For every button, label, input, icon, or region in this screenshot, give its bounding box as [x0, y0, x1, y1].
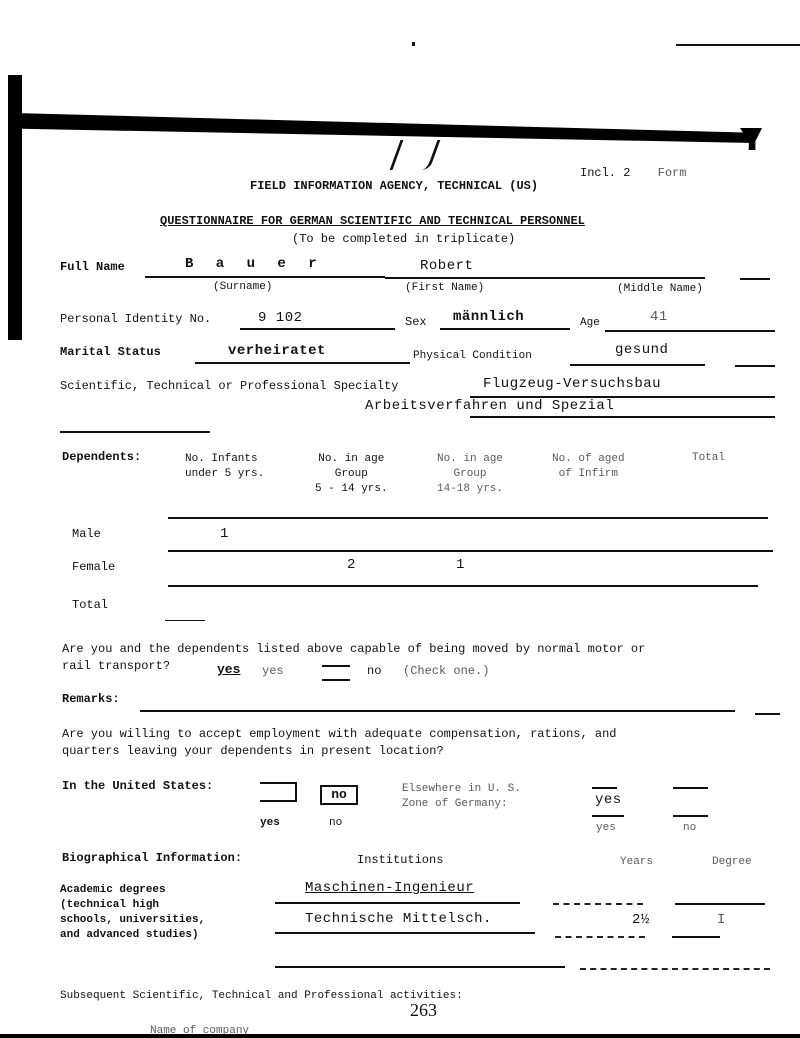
degree-2-field[interactable]: I	[717, 912, 726, 928]
institution-1-field[interactable]: Maschinen-Ingenieur	[305, 880, 474, 896]
physical-underline	[570, 364, 705, 366]
us-label: In the United States:	[62, 779, 213, 793]
female-14-18-cell[interactable]: 1	[456, 557, 465, 573]
page-number: 263	[410, 1000, 437, 1021]
specialty-field-line2[interactable]: Arbeitsverfahren und Spezial	[365, 398, 614, 414]
first-name-field[interactable]: Robert	[420, 258, 473, 274]
col-header-line: No. of aged	[552, 452, 625, 467]
first-name-underline	[385, 277, 705, 279]
surname-underline	[145, 276, 385, 278]
age-underline	[605, 330, 775, 332]
col-header-line: No. in age	[315, 452, 388, 467]
elsewhere-no-caption: no	[683, 822, 696, 834]
col-header-line: No. in age	[437, 452, 503, 467]
female-5-14-cell[interactable]: 2	[347, 557, 356, 573]
sex-label: Sex	[405, 315, 427, 329]
col-header-line: 5 - 14 yrs.	[315, 482, 388, 497]
transport-question-line2: rail transport?	[62, 659, 170, 673]
transport-instruction: (Check one.)	[403, 664, 489, 678]
col-header-line: Group	[315, 467, 388, 482]
employment-question-line1: Are you willing to accept employment wit…	[62, 727, 617, 741]
middle-name-underline	[740, 278, 770, 280]
row-label-total: Total	[72, 598, 108, 612]
elsewhere-label-line: Zone of Germany:	[402, 797, 521, 812]
years-2-field[interactable]: 2½	[632, 912, 650, 928]
identity-field[interactable]: 9 102	[258, 310, 303, 326]
dependents-rule-1	[168, 517, 768, 519]
degrees-label-line: Academic degrees	[60, 883, 205, 898]
years-header: Years	[620, 856, 653, 868]
form-reference: Incl. 2 Form	[580, 166, 686, 180]
institution-3-field[interactable]	[275, 966, 565, 968]
elsewhere-yes-caption: yes	[596, 822, 616, 834]
dependents-col-total: Total	[692, 452, 725, 464]
elsewhere-label: Elsewhere in U. S. Zone of Germany:	[402, 782, 521, 812]
institution-1-underline	[275, 902, 520, 904]
institution-2-field[interactable]: Technische Mittelsch.	[305, 911, 492, 927]
dependents-rule-4	[165, 620, 205, 621]
age-label: Age	[580, 317, 600, 329]
years-2-underline	[555, 936, 645, 938]
identity-label: Personal Identity No.	[60, 312, 211, 326]
scan-artifact-rule	[676, 44, 800, 46]
dependents-col-aged: No. of aged of Infirm	[552, 452, 625, 482]
physical-condition-field[interactable]: gesund	[615, 342, 668, 358]
dependents-col-infants: No. Infants under 5 yrs.	[185, 452, 264, 482]
dependents-rule-3	[168, 585, 758, 587]
institution-3-underline-tail	[580, 968, 770, 970]
specialty-underline-3	[60, 431, 210, 433]
specialty-label: Scientific, Technical or Professional Sp…	[60, 379, 398, 393]
degree-2-underline	[672, 936, 720, 938]
us-yes-checkbox[interactable]	[260, 782, 297, 802]
transport-no-checkbox[interactable]	[322, 665, 350, 681]
elsewhere-label-line: Elsewhere in U. S.	[402, 782, 521, 797]
marital-status-label: Marital Status	[60, 345, 161, 359]
remarks-label: Remarks:	[62, 692, 120, 706]
col-header-line: Group	[437, 467, 503, 482]
dependents-col-5-14: No. in age Group 5 - 14 yrs.	[315, 452, 388, 497]
transport-question-line1: Are you and the dependents listed above …	[62, 642, 645, 656]
biographical-label: Biographical Information:	[62, 851, 242, 865]
employment-question-line2: quarters leaving your dependents in pres…	[62, 744, 444, 758]
elsewhere-no-field[interactable]	[673, 815, 708, 817]
academic-degrees-label: Academic degrees (technical high schools…	[60, 883, 205, 943]
specialty-underline-2	[470, 416, 775, 418]
first-name-caption: (First Name)	[405, 282, 484, 294]
male-infants-cell[interactable]: 1	[220, 526, 229, 542]
marital-status-field[interactable]: verheiratet	[228, 343, 326, 359]
transport-yes-label: yes	[262, 664, 284, 678]
middle-name-caption: (Middle Name)	[617, 283, 703, 295]
transport-no-label: no	[367, 664, 381, 678]
col-header-line: No. Infants	[185, 452, 264, 467]
dependents-label: Dependents:	[62, 450, 141, 464]
institution-2-underline	[275, 932, 535, 934]
remarks-field[interactable]	[140, 710, 735, 712]
form-label: Form	[658, 166, 687, 180]
elsewhere-no-top-rule	[673, 787, 708, 789]
degree-1-underline	[675, 903, 765, 905]
elsewhere-yes-field[interactable]: yes	[595, 792, 622, 808]
us-no-checkbox[interactable]: no	[320, 785, 358, 805]
age-field[interactable]: 41	[650, 309, 668, 325]
sex-underline	[440, 328, 570, 330]
degree-header: Degree	[712, 856, 752, 868]
surname-caption: (Surname)	[213, 281, 272, 293]
physical-underline-tail	[735, 365, 775, 367]
us-yes-caption: yes	[260, 817, 280, 829]
physical-condition-label: Physical Condition	[413, 350, 532, 362]
col-header-line: under 5 yrs.	[185, 467, 264, 482]
remarks-underline-tail	[755, 713, 780, 715]
sex-field[interactable]: männlich	[453, 309, 524, 325]
degrees-label-line: and advanced studies)	[60, 928, 205, 943]
surname-field[interactable]: B a u e r	[185, 256, 324, 272]
col-header-line: of Infirm	[552, 467, 625, 482]
scan-bottom-edge	[0, 1034, 800, 1038]
dependents-rule-2	[168, 550, 773, 552]
degrees-label-line: schools, universities,	[60, 913, 205, 928]
dependents-col-14-18: No. in age Group 14-18 yrs.	[437, 452, 503, 497]
identity-underline	[240, 328, 395, 330]
row-label-male: Male	[72, 527, 101, 541]
row-label-female: Female	[72, 560, 115, 574]
elsewhere-yes-bottom-rule	[592, 815, 624, 817]
col-header-line: 14-18 yrs.	[437, 482, 503, 497]
incl-label: Incl. 2	[580, 166, 630, 180]
form-title: QUESTIONNAIRE FOR GERMAN SCIENTIFIC AND …	[160, 214, 585, 228]
agency-name: FIELD INFORMATION AGENCY, TECHNICAL (US)	[250, 179, 538, 193]
scan-binding-edge	[10, 140, 14, 340]
marital-underline	[195, 362, 410, 364]
years-1-underline	[553, 903, 643, 905]
specialty-field-line1[interactable]: Flugzeug-Versuchsbau	[483, 376, 661, 392]
elsewhere-yes-top-rule	[592, 787, 617, 789]
institutions-header: Institutions	[357, 853, 443, 867]
scan-artifact-dot	[412, 42, 415, 46]
us-no-caption: no	[329, 817, 342, 829]
subsequent-activities-label: Subsequent Scientific, Technical and Pro…	[60, 990, 463, 1002]
form-subtitle: (To be completed in triplicate)	[292, 232, 515, 246]
transport-yes-checkbox[interactable]: yes	[217, 662, 240, 677]
handwritten-mark	[390, 140, 441, 170]
full-name-label: Full Name	[60, 260, 125, 274]
degrees-label-line: (technical high	[60, 898, 205, 913]
